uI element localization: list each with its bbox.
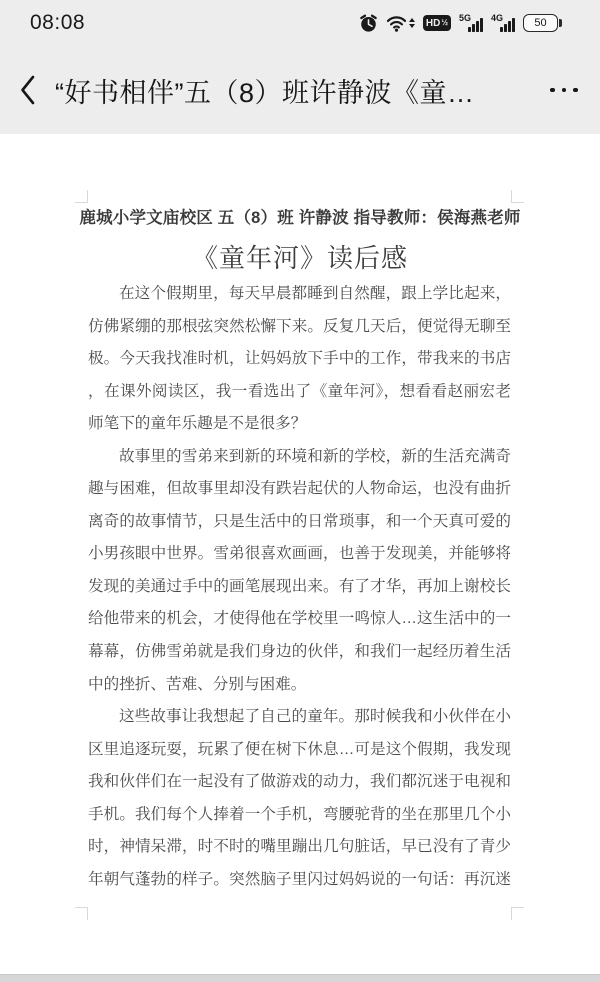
doc-line: 幕幕，仿佛雪弟就是我们身边的伙伴，和我们一起经历着生活: [88, 636, 511, 669]
doc-line: 离奇的故事情节，只是生活中的日常琐事，和一个天真可爱的: [88, 506, 511, 539]
document-title-bar: “好书相伴”五（8）班许静波《童…: [55, 71, 528, 110]
doc-line: 小男孩眼中世界。雪弟很喜欢画画，也善于发现美，并能够将: [88, 538, 511, 571]
more-options-button[interactable]: [528, 46, 600, 134]
doc-line: 我和伙伴们在一起没有了做游戏的动力，我们都沉迷于电视和: [88, 766, 511, 799]
bottom-toolbar-strip: [0, 974, 600, 982]
battery-icon: 50: [523, 14, 562, 32]
doc-line: 区里追逐玩耍，玩累了便在树下休息…可是这个假期，我发现: [88, 734, 511, 767]
margin-corner-mark: [75, 907, 88, 920]
essay-title: 《童年河》读后感: [0, 238, 600, 275]
doc-line: 极。今天我找准时机，让妈妈放下手中的工作，带我来的书店: [88, 343, 511, 376]
doc-line: 在这个假期里，每天早晨都睡到自然醒，跟上学比起来，: [88, 278, 511, 311]
doc-line: 故事里的雪弟来到新的环境和新的学校，新的生活充满奇: [88, 441, 511, 474]
doc-line: 师笔下的童年乐趣是不是很多？: [88, 408, 511, 441]
dot-icon: [573, 88, 578, 93]
essay-body: 在这个假期里，每天早晨都睡到自然醒，跟上学比起来， 仿佛紧绷的那根弦突然松懈下来…: [88, 278, 511, 896]
alarm-icon: [359, 14, 378, 33]
doc-line: ，在课外阅读区，我一看选出了《童年河》，想看看赵丽宏老: [88, 376, 511, 409]
chevron-left-icon: [19, 74, 36, 106]
document-scroll-area[interactable]: 鹿城小学文庙校区 五（8）班 许静波 指导教师：侯海燕老师 《童年河》读后感 在…: [0, 134, 600, 974]
margin-corner-mark: [511, 190, 524, 203]
signal-4g-icon: 4G: [491, 14, 515, 33]
doc-line: 手机。我们每个人捧着一个手机，弯腰驼背的坐在那里几个小: [88, 799, 511, 832]
doc-line: 仿佛紧绷的那根弦突然松懈下来。反复几天后，便觉得无聊至: [88, 311, 511, 344]
signal-5g-icon: 5G: [459, 14, 483, 33]
doc-line: 给他带来的机会，才使得他在学校里一鸣惊人…这生活中的一: [88, 603, 511, 636]
margin-corner-mark: [75, 190, 88, 203]
doc-line: 年朝气蓬勃的样子。突然脑子里闪过妈妈说的一句话：再沉迷: [88, 864, 511, 897]
status-bar: 08:08 HD½: [0, 0, 600, 46]
doc-line: 趣与困难，但故事里却没有跌岩起伏的人物命运，也没有曲折: [88, 473, 511, 506]
phone-screen: 08:08 HD½: [0, 0, 600, 982]
dot-icon: [550, 88, 555, 93]
back-button[interactable]: [0, 46, 55, 134]
doc-line: 时，神情呆滞，时不时的嘴里蹦出几句脏话，早已没有了青少: [88, 831, 511, 864]
wifi-traffic-arrows-icon: [409, 18, 415, 28]
nav-bar: “好书相伴”五（8）班许静波《童…: [0, 46, 600, 134]
status-icons: HD½ 5G 4G 50: [359, 14, 562, 33]
hd-volte-icon: HD½: [423, 15, 451, 31]
wifi-icon: [386, 15, 415, 32]
clock-time: 08:08: [30, 11, 85, 35]
dot-icon: [562, 88, 567, 93]
doc-line: 这些故事让我想起了自己的童年。那时候我和小伙伴在小: [88, 701, 511, 734]
battery-percentage: 50: [523, 14, 558, 32]
essay-byline: 鹿城小学文庙校区 五（8）班 许静波 指导教师：侯海燕老师: [0, 204, 600, 228]
margin-corner-mark: [511, 907, 524, 920]
doc-line: 发现的美通过手中的画笔展现出来。有了才华，再加上谢校长: [88, 571, 511, 604]
doc-line: 中的挫折、苦难、分别与困难。: [88, 669, 511, 702]
